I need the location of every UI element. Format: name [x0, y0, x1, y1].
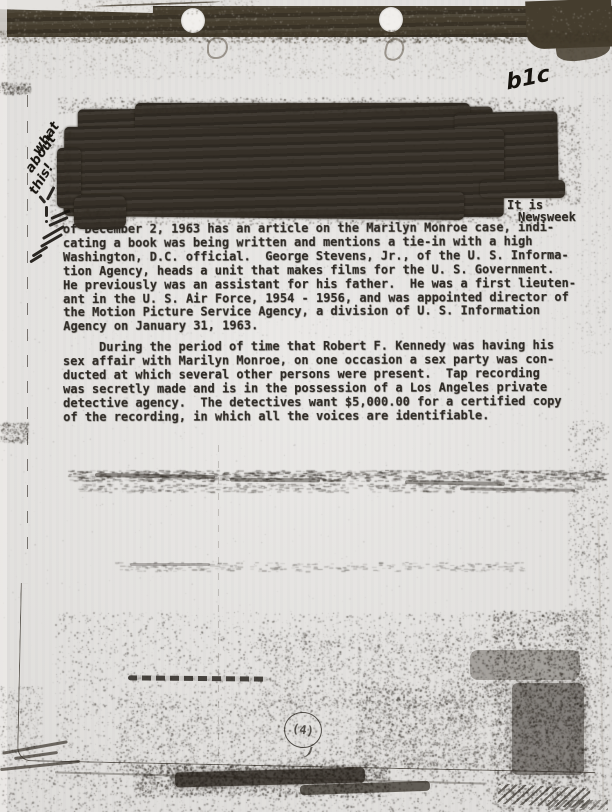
margin-exclamation-mark [45, 220, 48, 223]
paper-edge-shadow [597, 520, 604, 812]
toner-smudge [470, 650, 580, 680]
margin-check-mark [46, 186, 55, 200]
typed-paragraph-2: During the period of time that Robert F.… [63, 339, 562, 425]
classification-note: b1c [505, 61, 551, 95]
smudge-streak [460, 487, 575, 492]
margin-exclamation-mark [45, 206, 48, 217]
redaction-chunk [480, 180, 565, 198]
typed-paragraph-1: of December 2, 1963 has an article on th… [63, 221, 576, 334]
page-number-stamp: (4) [291, 722, 314, 739]
smudge-streak [230, 478, 320, 482]
document-page: b1c what about this! It is Newsweek of D… [0, 0, 612, 812]
punch-hole-right [379, 7, 403, 32]
smudge-streak [130, 563, 210, 566]
toner-smudge [512, 683, 584, 775]
paper-edge-highlight [0, 0, 7, 812]
punch-hole-left [181, 8, 205, 33]
binder-ring-mark [383, 36, 406, 62]
smudge-streak [95, 473, 215, 479]
binder-ring-mark [207, 37, 228, 59]
redaction-chunk [74, 195, 126, 229]
smudge-streak [405, 480, 505, 485]
hatch-smudge [548, 800, 608, 810]
